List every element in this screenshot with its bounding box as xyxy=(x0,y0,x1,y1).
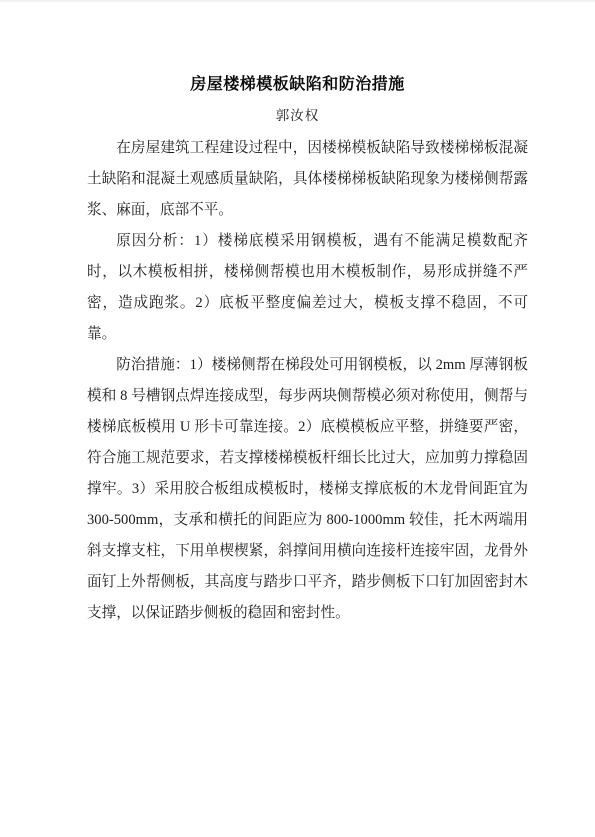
document-title: 房屋楼梯模板缺陷和防治措施 xyxy=(0,71,595,94)
paragraph: 防治措施：1）楼梯侧帮在梯段处可用钢模板，以 2mm 厚薄钢板模和 8 号槽钢点… xyxy=(87,350,528,629)
document-author: 郭汝权 xyxy=(0,104,595,124)
document-body: 在房屋建筑工程建设过程中，因楼梯模板缺陷导致楼梯梯板混凝土缺陷和混凝土观感质量缺… xyxy=(87,133,528,629)
page-top-edge xyxy=(0,0,595,3)
paragraph: 在房屋建筑工程建设过程中，因楼梯模板缺陷导致楼梯梯板混凝土缺陷和混凝土观感质量缺… xyxy=(87,133,528,226)
paragraph: 原因分析：1）楼梯底模采用钢模板，遇有不能满足模数配齐时，以木模板相拼，楼梯侧帮… xyxy=(87,226,528,350)
document-page: 房屋楼梯模板缺陷和防治措施 郭汝权 在房屋建筑工程建设过程中，因楼梯模板缺陷导致… xyxy=(0,0,595,837)
